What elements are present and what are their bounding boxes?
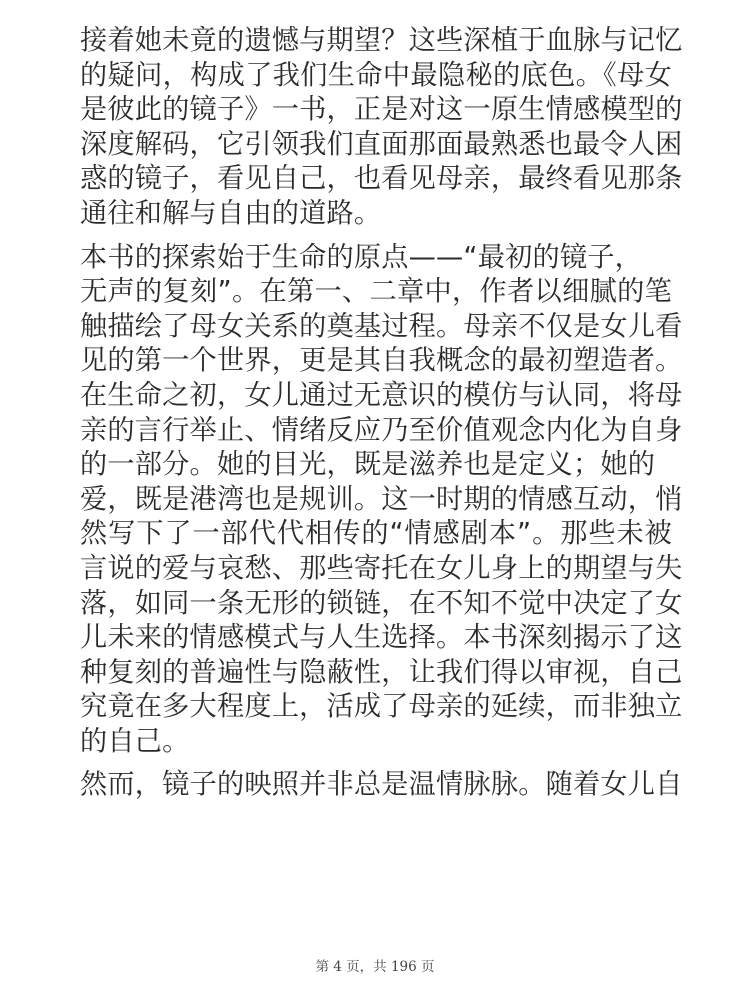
text-line: 接着她未竟的遗憾与期望？这些深植于血脉与记忆: [80, 24, 672, 59]
page-indicator: 第 4 页，共 196 页: [0, 955, 750, 975]
text-line: 触描绘了母女关系的奠基过程。母亲不仅是女儿看: [80, 310, 672, 345]
paragraph-2: 本书的探索始于生命的原点——“最初的镜子， 无声的复刻”。在第一、二章中，作者以…: [80, 241, 672, 760]
text-line: 在生命之初，女儿通过无意识的模仿与认同，将母: [80, 379, 672, 414]
text-line: 见的第一个世界，更是其自我概念的最初塑造者。: [80, 344, 672, 379]
text-line: 种复刻的普遍性与隐蔽性，让我们得以审视，自己: [80, 656, 672, 691]
text-line: 的一部分。她的目光，既是滋养也是定义；她的: [80, 448, 672, 483]
text-line: 亲的言行举止、情绪反应乃至价值观念内化为自身: [80, 414, 672, 449]
paragraph-1: 接着她未竟的遗憾与期望？这些深植于血脉与记忆 的疑问，构成了我们生命中最隐秘的底…: [80, 24, 672, 232]
text-line: 言说的爱与哀愁、那些寄托在女儿身上的期望与失: [80, 552, 672, 587]
text-line: 落，如同一条无形的锁链，在不知不觉中决定了女: [80, 587, 672, 622]
paragraph-3: 然而，镜子的映照并非总是温情脉脉。随着女儿自: [80, 768, 672, 803]
text-line: 然写下了一部代代相传的“情感剧本”。那些未被: [80, 517, 672, 552]
text-line: 通往和解与自由的道路。: [80, 197, 672, 232]
text-line: 究竟在多大程度上，活成了母亲的延续，而非独立: [80, 690, 672, 725]
text-line: 本书的探索始于生命的原点——“最初的镜子，: [80, 241, 672, 276]
text-line: 惑的镜子，看见自己，也看见母亲，最终看见那条: [80, 162, 672, 197]
text-line: 的自己。: [80, 725, 672, 760]
text-line: 无声的复刻”。在第一、二章中，作者以细腻的笔: [80, 275, 672, 310]
text-line: 深度解码，它引领我们直面那面最熟悉也最令人困: [80, 128, 672, 163]
document-page: 接着她未竟的遗憾与期望？这些深植于血脉与记忆 的疑问，构成了我们生命中最隐秘的底…: [80, 24, 672, 812]
text-line: 是彼此的镜子》一书，正是对这一原生情感模型的: [80, 93, 672, 128]
text-line: 然而，镜子的映照并非总是温情脉脉。随着女儿自: [80, 768, 672, 803]
text-line: 儿未来的情感模式与人生选择。本书深刻揭示了这: [80, 621, 672, 656]
text-line: 爱，既是港湾也是规训。这一时期的情感互动，悄: [80, 483, 672, 518]
text-line: 的疑问，构成了我们生命中最隐秘的底色。《母女: [80, 59, 672, 94]
